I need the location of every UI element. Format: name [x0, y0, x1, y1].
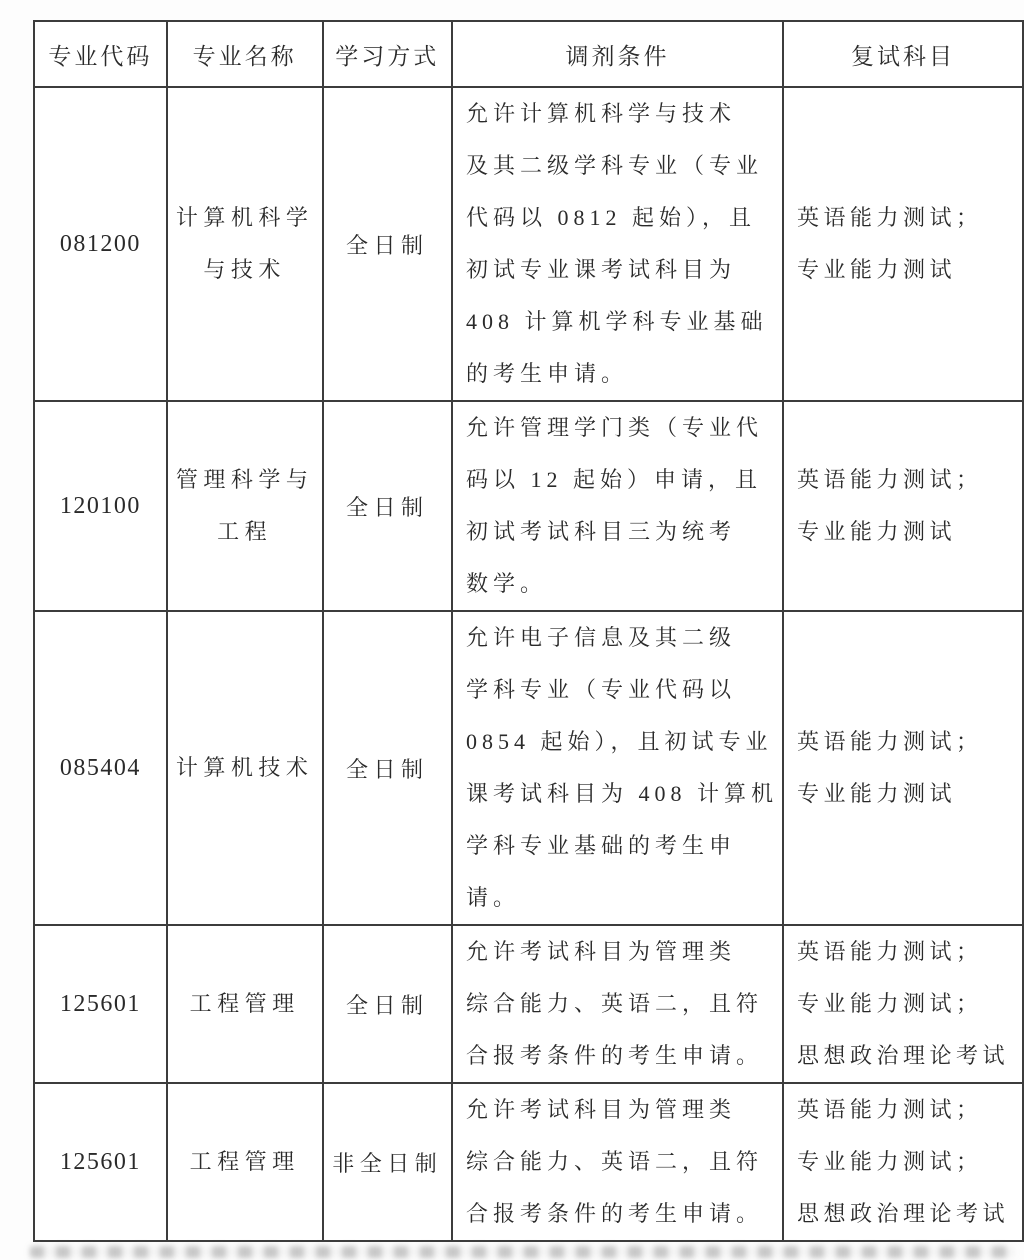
major-name-line: 工程	[168, 506, 322, 558]
condition-line: 合报考条件的考生申请。	[466, 1188, 778, 1240]
major-code-cell: 125601	[34, 925, 167, 1083]
subject-line: 英语能力测试；	[797, 454, 1018, 506]
subject-line: 英语能力测试；	[797, 716, 1018, 768]
major-name-cell: 工程管理	[167, 925, 323, 1083]
header-row: 专业代码 专业名称 学习方式 调剂条件 复试科目	[34, 21, 1023, 87]
condition-line: 请。	[466, 872, 778, 924]
adjust-condition-cell: 允许考试科目为管理类 综合能力、英语二，且符 合报考条件的考生申请。	[452, 925, 783, 1083]
col-header-major-code: 专业代码	[34, 21, 167, 87]
adjust-condition-cell: 允许考试科目为管理类 综合能力、英语二，且符 合报考条件的考生申请。	[452, 1083, 783, 1241]
condition-line: 初试考试科目三为统考	[466, 506, 778, 558]
major-name-cell: 工程管理	[167, 1083, 323, 1241]
condition-line: 综合能力、英语二，且符	[466, 978, 778, 1030]
adjust-condition-cell: 允许电子信息及其二级 学科专业（专业代码以 0854 起始），且初试专业 课考试…	[452, 611, 783, 925]
condition-line: 允许管理学门类（专业代	[466, 402, 778, 454]
condition-line: 允许考试科目为管理类	[466, 1084, 778, 1136]
subject-line: 英语能力测试；	[797, 1084, 1018, 1136]
subject-line: 思想政治理论考试	[797, 1188, 1018, 1240]
retest-subjects-cell: 英语能力测试； 专业能力测试	[783, 401, 1023, 611]
major-code-cell: 120100	[34, 401, 167, 611]
adjustment-table: 专业代码 专业名称 学习方式 调剂条件 复试科目 081200 计算机科学 与技…	[33, 20, 1024, 1242]
retest-subjects-cell: 英语能力测试； 专业能力测试	[783, 611, 1023, 925]
subject-line: 思想政治理论考试	[797, 1030, 1018, 1082]
study-mode-cell: 全日制	[323, 611, 452, 925]
condition-line: 合报考条件的考生申请。	[466, 1030, 778, 1082]
major-name-line: 工程管理	[168, 1136, 322, 1188]
major-name-cell: 管理科学与 工程	[167, 401, 323, 611]
col-header-major-name: 专业名称	[167, 21, 323, 87]
study-mode-cell: 全日制	[323, 925, 452, 1083]
condition-line: 初试专业课考试科目为	[466, 244, 778, 296]
col-header-study-mode: 学习方式	[323, 21, 452, 87]
table-row: 081200 计算机科学 与技术 全日制 允许计算机科学与技术 及其二级学科专业…	[34, 87, 1023, 401]
subject-line: 英语能力测试；	[797, 192, 1018, 244]
table-row: 125601 工程管理 非全日制 允许考试科目为管理类 综合能力、英语二，且符 …	[34, 1083, 1023, 1241]
subject-line: 英语能力测试；	[797, 926, 1018, 978]
condition-line: 码以 12 起始）申请，且	[466, 454, 778, 506]
major-code-cell: 125601	[34, 1083, 167, 1241]
blurred-text-remnant	[30, 1246, 1015, 1258]
condition-line: 0854 起始），且初试专业	[466, 716, 778, 768]
major-code-cell: 085404	[34, 611, 167, 925]
major-name-cell: 计算机科学 与技术	[167, 87, 323, 401]
subject-line: 专业能力测试；	[797, 1136, 1018, 1188]
table-row: 085404 计算机技术 全日制 允许电子信息及其二级 学科专业（专业代码以 0…	[34, 611, 1023, 925]
document-page: 专业代码 专业名称 学习方式 调剂条件 复试科目 081200 计算机科学 与技…	[0, 0, 1024, 1260]
col-header-retest-subjects: 复试科目	[783, 21, 1023, 87]
condition-line: 课考试科目为 408 计算机	[466, 768, 778, 820]
subject-line: 专业能力测试；	[797, 978, 1018, 1030]
major-name-line: 计算机技术	[168, 742, 322, 794]
condition-line: 代码以 0812 起始），且	[466, 192, 778, 244]
study-mode-cell: 全日制	[323, 401, 452, 611]
table-row: 120100 管理科学与 工程 全日制 允许管理学门类（专业代 码以 12 起始…	[34, 401, 1023, 611]
col-header-adjust-condition: 调剂条件	[452, 21, 783, 87]
condition-line: 学科专业（专业代码以	[466, 664, 778, 716]
subject-line: 专业能力测试	[797, 506, 1018, 558]
condition-line: 允许考试科目为管理类	[466, 926, 778, 978]
condition-line: 允许电子信息及其二级	[466, 612, 778, 664]
retest-subjects-cell: 英语能力测试； 专业能力测试； 思想政治理论考试	[783, 1083, 1023, 1241]
major-name-cell: 计算机技术	[167, 611, 323, 925]
adjust-condition-cell: 允许计算机科学与技术 及其二级学科专业（专业 代码以 0812 起始），且 初试…	[452, 87, 783, 401]
condition-line: 408 计算机学科专业基础	[466, 296, 778, 348]
major-name-line: 计算机科学	[168, 192, 322, 244]
study-mode-cell: 全日制	[323, 87, 452, 401]
study-mode-cell: 非全日制	[323, 1083, 452, 1241]
condition-line: 的考生申请。	[466, 348, 778, 400]
retest-subjects-cell: 英语能力测试； 专业能力测试； 思想政治理论考试	[783, 925, 1023, 1083]
major-name-line: 工程管理	[168, 978, 322, 1030]
condition-line: 允许计算机科学与技术	[466, 88, 778, 140]
retest-subjects-cell: 英语能力测试； 专业能力测试	[783, 87, 1023, 401]
table-row: 125601 工程管理 全日制 允许考试科目为管理类 综合能力、英语二，且符 合…	[34, 925, 1023, 1083]
condition-line: 数学。	[466, 558, 778, 610]
condition-line: 学科专业基础的考生申	[466, 820, 778, 872]
adjust-condition-cell: 允许管理学门类（专业代 码以 12 起始）申请，且 初试考试科目三为统考 数学。	[452, 401, 783, 611]
major-code-cell: 081200	[34, 87, 167, 401]
subject-line: 专业能力测试	[797, 768, 1018, 820]
major-name-line: 管理科学与	[168, 454, 322, 506]
condition-line: 综合能力、英语二，且符	[466, 1136, 778, 1188]
major-name-line: 与技术	[168, 244, 322, 296]
subject-line: 专业能力测试	[797, 244, 1018, 296]
condition-line: 及其二级学科专业（专业	[466, 140, 778, 192]
